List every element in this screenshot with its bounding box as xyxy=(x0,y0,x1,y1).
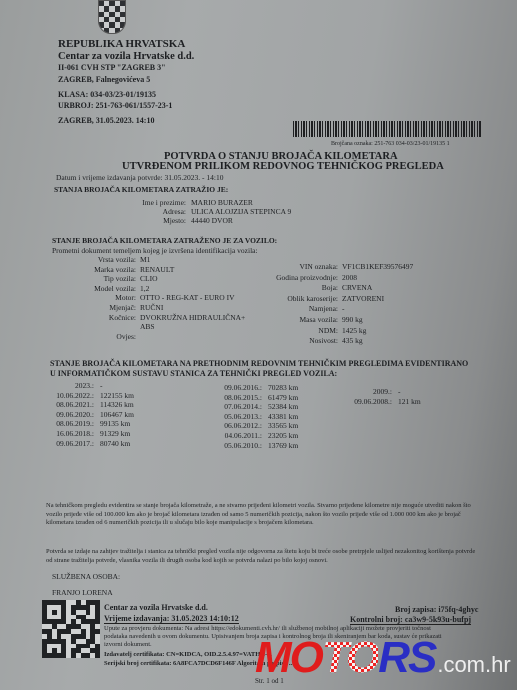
history-entry: 05.06.2013.:43381 km xyxy=(200,412,298,421)
field-value: VF1CB1KEF39576497 xyxy=(342,262,413,271)
field-value: 1425 kg xyxy=(342,326,366,335)
history-entry: 09.06.2016.:70283 km xyxy=(200,383,298,392)
field-label: Adresa: xyxy=(96,207,186,216)
field-label: Mjenjač: xyxy=(46,303,136,312)
field-value: CLIO xyxy=(140,274,158,283)
history-date: 2023.: xyxy=(32,381,94,390)
history-km: 13769 km xyxy=(268,441,298,450)
issue-date: Datum i vrijeme izdavanja potvrde: 31.05… xyxy=(56,173,223,182)
history-km: 70283 km xyxy=(268,383,298,392)
history-date: 09.06.2016.: xyxy=(200,383,262,392)
history-entry: 09.06.2017.:80740 km xyxy=(32,439,130,448)
field-label: Nosivost: xyxy=(228,336,338,345)
history-entry: 2009.:- xyxy=(330,387,401,396)
history-entry: 09.06.2008.:121 km xyxy=(330,397,421,406)
footer-issued: Vrijeme izdavanja: 31.05.2023 14:10:12 xyxy=(104,614,239,624)
country-name: REPUBLIKA HRVATSKA xyxy=(58,38,185,50)
field-value: 2008 xyxy=(342,273,357,282)
history-km: 121 km xyxy=(398,397,421,406)
history-date: 08.06.2021.: xyxy=(32,400,94,409)
history-km: 61479 km xyxy=(268,393,298,402)
field-label: Tip vozila: xyxy=(46,274,136,283)
history-entry: 08.06.2015.:61479 km xyxy=(200,393,298,402)
field-value: - xyxy=(342,304,345,313)
history-km: - xyxy=(100,381,103,390)
vehicle-heading: STANJE BROJAČA KILOMETARA ZATRAŽENO JE Z… xyxy=(52,236,277,245)
history-entry: 08.06.2021.:114326 km xyxy=(32,400,134,409)
field-label: Marka vozila: xyxy=(46,265,136,274)
field-value: 435 kg xyxy=(342,336,363,345)
watermark-domain: .com.hr xyxy=(437,652,510,677)
history-entry: 09.06.2020.:106467 km xyxy=(32,410,134,419)
record-number: Broj zapisa: i75fq-4ghyc xyxy=(395,605,478,614)
history-date: 04.06.2011.: xyxy=(200,431,262,440)
history-km: 43381 km xyxy=(268,412,298,421)
history-date: 08.06.2015.: xyxy=(200,393,262,402)
organization-name: Centar za vozila Hrvatske d.d. xyxy=(58,51,194,62)
history-date: 08.06.2019.: xyxy=(32,419,94,428)
field-label: Motor: xyxy=(46,293,136,302)
history-date: 09.06.2017.: xyxy=(32,439,94,448)
field-value: MARIO BURAZER xyxy=(191,198,253,207)
history-km: - xyxy=(398,387,401,396)
field-value: CRVENA xyxy=(342,283,372,292)
field-value: 990 kg xyxy=(342,315,363,324)
barcode xyxy=(293,121,481,137)
history-date: 06.06.2012.: xyxy=(200,421,262,430)
field-label: Boja: xyxy=(228,283,338,292)
field-label: VIN oznaka: xyxy=(228,262,338,271)
croatian-coat-of-arms-icon xyxy=(98,0,126,34)
field-label: Model vozila: xyxy=(46,284,136,293)
field-label: Vrsta vozila: xyxy=(46,255,136,264)
certificate-issuer: Izdavatelj certifikata: CN=KIDCA, OID.2.… xyxy=(104,651,272,658)
field-label: NDM: xyxy=(228,326,338,335)
history-entry: 2023.:- xyxy=(32,381,103,390)
field-value: M1 xyxy=(140,255,150,264)
history-date: 09.06.2008.: xyxy=(330,397,392,406)
field-label: Masa vozila: xyxy=(228,315,338,324)
history-date: 2009.: xyxy=(330,387,392,396)
field-value: RENAULT xyxy=(140,265,174,274)
history-entry: 07.06.2014.:52384 km xyxy=(200,402,298,411)
qr-code[interactable] xyxy=(42,600,100,658)
document-subtitle: UTVRĐENOM PRILIKOM REDOVNOG TEHNIČKOG PR… xyxy=(122,161,444,172)
place-date: ZAGREB, 31.05.2023. 14:10 xyxy=(58,116,154,125)
vehicle-subheading: Prometni dokument temeljem kojeg je izvr… xyxy=(52,246,258,255)
history-entry: 08.06.2019.:99135 km xyxy=(32,419,130,428)
history-km: 52384 km xyxy=(268,402,298,411)
history-km: 99135 km xyxy=(100,419,130,428)
field-label: Ovjes: xyxy=(46,332,136,341)
field-value: 44440 DVOR xyxy=(191,216,233,225)
history-heading-2: U INFORMATIČKOM SUSTAVU STANICA ZA TEHNI… xyxy=(50,369,337,378)
field-label: Namjena: xyxy=(228,304,338,313)
barcode-caption: Brojčana oznaka: 251-763 034-03/23-01/19… xyxy=(331,141,450,147)
field-value: OTTO - REG-KAT - EURO IV xyxy=(140,293,235,302)
motors-watermark-logo: MOTORS.com.hr xyxy=(255,636,511,687)
control-number: Kontrolni broj: ca3w9-5k93u-bufpj xyxy=(350,615,471,625)
history-entry: 06.06.2012.:33565 km xyxy=(200,421,298,430)
field-label: Mjesto: xyxy=(96,216,186,225)
history-date: 05.06.2013.: xyxy=(200,412,262,421)
history-km: 80740 km xyxy=(100,439,130,448)
history-entry: 05.06.2010.:13769 km xyxy=(200,441,298,450)
field-value: 1,2 xyxy=(140,284,149,293)
history-date: 05.06.2010.: xyxy=(200,441,262,450)
field-value: ULICA ALOJZIJA STEPINCA 9 xyxy=(191,207,291,216)
history-entry: 10.06.2022.:122155 km xyxy=(32,391,134,400)
history-date: 16.06.2018.: xyxy=(32,429,94,438)
watermark-mo: MO xyxy=(255,633,322,682)
history-km: 114326 km xyxy=(100,400,134,409)
history-km: 106467 km xyxy=(100,410,134,419)
history-km: 91329 km xyxy=(100,429,130,438)
field-value: RUČNI xyxy=(140,303,163,312)
footer-org: Centar za vozila Hrvatske d.d. xyxy=(104,603,208,612)
field-value: ZATVORENI xyxy=(342,294,384,303)
requester-heading: STANJA BROJAČA KILOMETARA ZATRAŽIO JE: xyxy=(54,185,228,194)
history-km: 33565 km xyxy=(268,421,298,430)
history-entry: 04.06.2011.:23205 km xyxy=(200,431,298,440)
note-paragraph-1: Na tehničkom pregledu evidentira se stan… xyxy=(46,502,476,528)
note-paragraph-2: Potvrda se izdaje na zahtjev tražitelja … xyxy=(46,548,476,565)
history-km: 23205 km xyxy=(268,431,298,440)
official-label: SLUŽBENA OSOBA: xyxy=(52,572,120,581)
field-value: ABS xyxy=(140,322,155,331)
station-name: II-061 CVH STP "ZAGREB 3" xyxy=(58,63,166,72)
history-date: 10.06.2022.: xyxy=(32,391,94,400)
field-label: Oblik karoserije: xyxy=(228,294,338,303)
document-page: REPUBLIKA HRVATSKA Centar za vozila Hrva… xyxy=(0,0,517,690)
history-km: 122155 km xyxy=(100,391,134,400)
history-date: 09.06.2020.: xyxy=(32,410,94,419)
history-date: 07.06.2014.: xyxy=(200,402,262,411)
official-name: FRANJO LORENA xyxy=(52,588,113,597)
field-label: Ime i prezime: xyxy=(96,198,186,207)
history-heading: STANJE BROJAČA KILOMETARA NA PRETHODNIM … xyxy=(50,359,468,368)
watermark-rs: RS xyxy=(378,633,435,682)
history-entry: 16.06.2018.:91329 km xyxy=(32,429,130,438)
field-label: Kočnice: xyxy=(46,313,136,322)
klasa: KLASA: 034-03/23-01/19135 xyxy=(58,90,156,99)
urbroj: URBROJ: 251-763-061/1557-23-1 xyxy=(58,101,172,110)
field-label: Godina proizvodnje: xyxy=(228,273,338,282)
watermark-to: TO xyxy=(322,633,378,682)
station-address: ZAGREB, Falnegovićeva 5 xyxy=(58,75,150,84)
